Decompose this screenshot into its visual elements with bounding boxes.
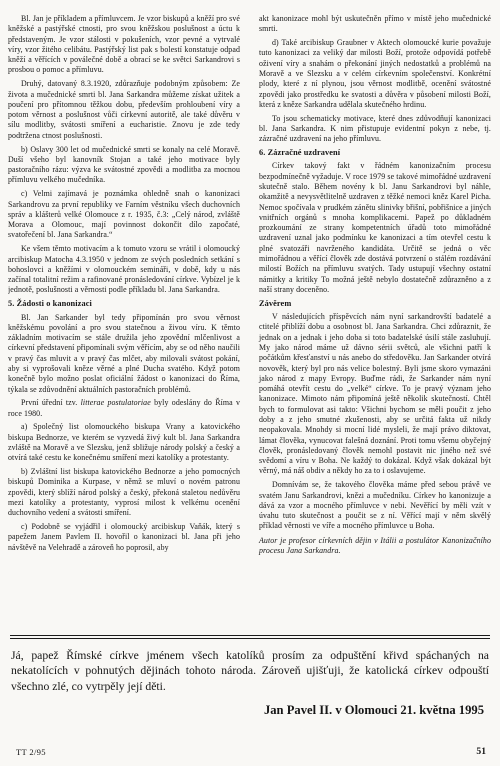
paragraph: b) Zvláštní list biskupa katovického Bed… — [8, 467, 240, 518]
author-note: Autor je profesor církevních dějin v Itá… — [259, 536, 491, 557]
paragraph: To jsou schematicky motivace, které dnes… — [259, 114, 491, 145]
paragraph-text: První úřední tzv. — [21, 398, 81, 407]
papal-quote-block: Já, papež Římské církve jménem všech kat… — [11, 648, 489, 718]
left-column: Bl. Jan je příkladem a přímluvcem. Je vz… — [8, 14, 240, 632]
scanned-journal-page: Bl. Jan je příkladem a přímluvcem. Je vz… — [0, 0, 500, 766]
right-column: akt kanonizace mohl být uskutečněn přímo… — [259, 14, 491, 632]
paragraph: Druhý, datovaný 8.3.1920, zdůrazňuje pod… — [8, 79, 240, 141]
article-columns: Bl. Jan je příkladem a přímluvcem. Je vz… — [8, 14, 492, 632]
divider-rule — [10, 635, 490, 639]
section-heading: Závěrem — [259, 299, 491, 309]
latin-term: litterae postulatoriae — [81, 398, 151, 407]
paragraph: d) Také arcibiskup Graubner v Aktech olo… — [259, 38, 491, 110]
quote-attribution: Jan Pavel II. v Olomouci 21. května 1995 — [11, 703, 489, 718]
paragraph: Bl. Jan Sarkander byl tedy připomínán pr… — [8, 313, 240, 395]
page-footer: TT 2/95 51 — [16, 746, 486, 757]
paragraph: První úřední tzv. litterae postulatoriae… — [8, 398, 240, 419]
journal-issue: TT 2/95 — [16, 747, 46, 757]
paragraph: Ke všem těmto motivacím a k tomuto vzoru… — [8, 244, 240, 295]
paragraph: c) Velmi zajímavá je poznámka ohledně sn… — [8, 189, 240, 240]
paragraph: a) Společný list olomouckého biskupa Vra… — [8, 422, 240, 463]
paragraph: V následujících příspěvcích nám nyní sar… — [259, 312, 491, 477]
paragraph: Církev takový fakt v řádném kanonizačním… — [259, 161, 491, 295]
paragraph: b) Oslavy 300 let od mučednické smrti se… — [8, 145, 240, 186]
section-heading: 5. Žádosti o kanonizaci — [8, 299, 240, 309]
papal-quote: Já, papež Římské církve jménem všech kat… — [11, 648, 489, 694]
paragraph: akt kanonizace mohl být uskutečněn přímo… — [259, 14, 491, 35]
paragraph: Bl. Jan je příkladem a přímluvcem. Je vz… — [8, 14, 240, 76]
paragraph: Domnívám se, že takového člověka máme př… — [259, 480, 491, 531]
page-number: 51 — [476, 746, 486, 757]
paragraph: c) Podobně se vyjádřil i olomoucký arcib… — [8, 522, 240, 553]
section-heading: 6. Zázračné uzdravení — [259, 148, 491, 158]
